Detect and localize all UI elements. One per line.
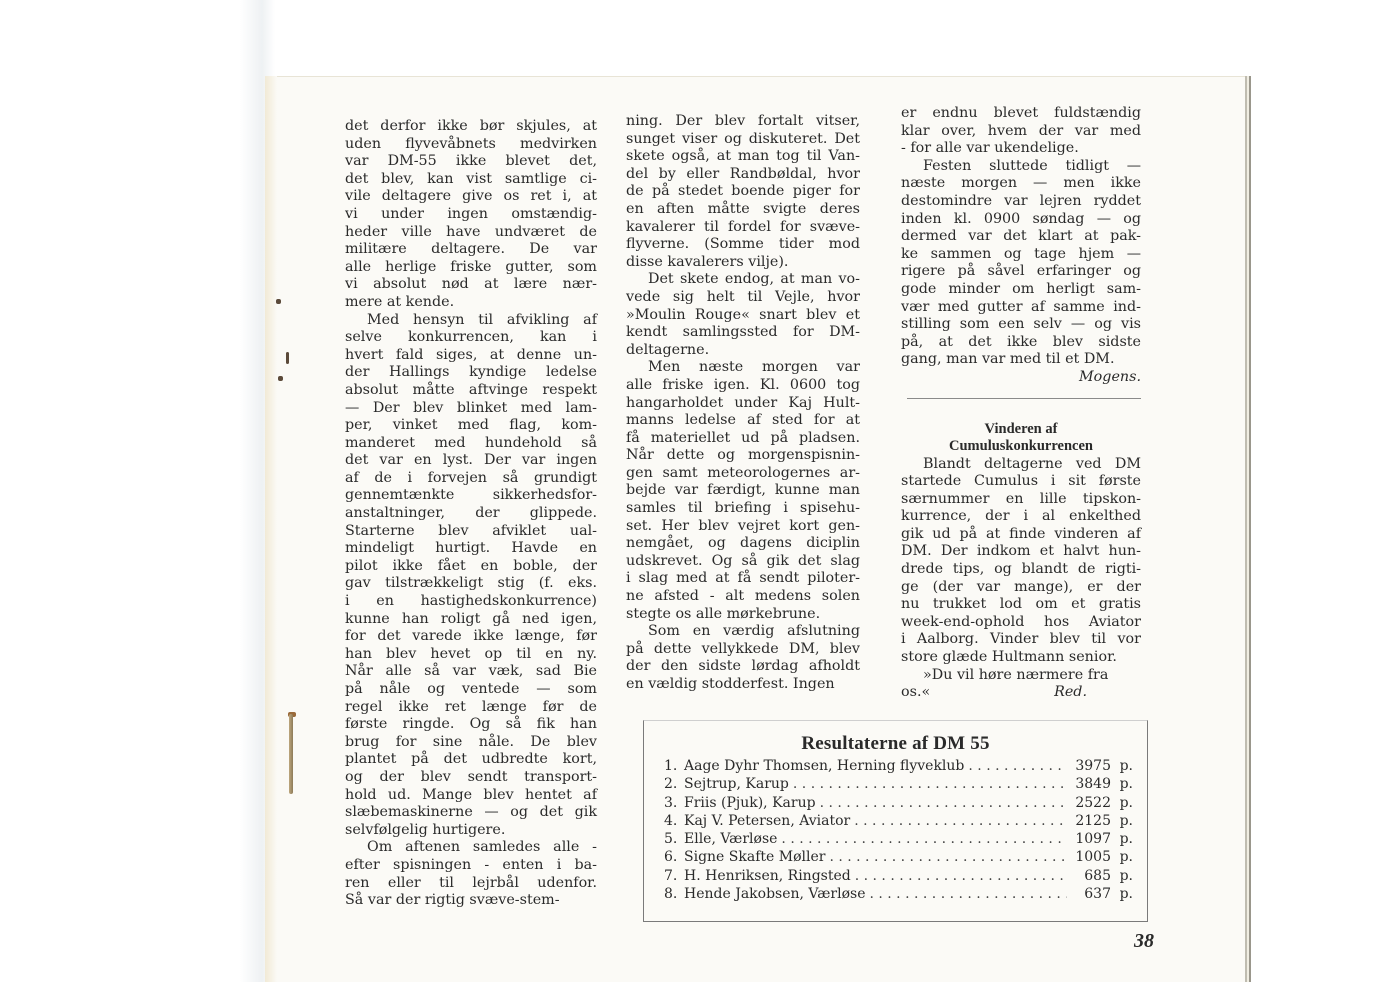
sidebar-heading-line-2: Cumuluskonkurrencen: [901, 438, 1141, 456]
article-column-3: er endnu blevet fuldstændigklar over, hv…: [901, 105, 1141, 702]
text-line: slæbemaskinerne — og det gik: [345, 804, 597, 822]
text-line: selvfølgelig hurtigere.: [345, 822, 597, 840]
result-rank: 1.: [664, 757, 684, 775]
leader-dots: [869, 885, 1067, 903]
text-line: særnummer en lille tipskon-: [901, 491, 1141, 509]
result-row: 5.Elle, Værløse1097p.: [644, 830, 1147, 848]
result-unit: p.: [1111, 757, 1133, 775]
text-line: hvert fald siges, at denne un-: [345, 347, 597, 365]
paragraph: er endnu blevet fuldstændigklar over, hv…: [901, 105, 1141, 158]
staple-hole-top-3: [278, 376, 283, 381]
result-row: 6.Signe Skafte Møller1005p.: [644, 848, 1147, 866]
text-line: mere at kende.: [345, 294, 597, 312]
text-line: heder ville have undværet de: [345, 224, 597, 242]
text-line: store glæde Hultmann senior.: [901, 649, 1141, 667]
author-signature: Mogens.: [901, 369, 1141, 387]
leader-dots: [793, 775, 1067, 793]
editor-signature: Red.: [1054, 684, 1087, 702]
result-rank: 5.: [664, 830, 684, 848]
text-line: regel ikke ret længe før de: [345, 699, 597, 717]
paragraph: Festen sluttede tidligt —næste morgen — …: [901, 158, 1141, 369]
text-line: i Aalborg. Vinder blev til vor: [901, 631, 1141, 649]
paragraph: Om aftenen samledes alle -efter spisning…: [345, 839, 597, 909]
paragraph: Blandt deltagerne ved DMstartede Cumulus…: [901, 456, 1141, 667]
result-name: H. Henriksen, Ringsted: [684, 867, 851, 885]
text-line: set. Her blev vejret kort gen-: [626, 518, 860, 536]
result-row: 2.Sejtrup, Karup3849p.: [644, 775, 1147, 793]
text-line: er endnu blevet fuldstændig: [901, 105, 1141, 123]
text-line: absolut måtte aftvinge respekt: [345, 382, 597, 400]
result-name: Hende Jakobsen, Værløse: [684, 885, 865, 903]
text-line: gen samt meteorologernes ar-: [626, 465, 860, 483]
result-rank: 6.: [664, 848, 684, 866]
result-row: 8.Hende Jakobsen, Værløse637p.: [644, 885, 1147, 903]
text-line: Blandt deltagerne ved DM: [901, 456, 1141, 474]
text-line: deltagerne.: [626, 342, 860, 360]
text-line: Det skete endog, at man vo-: [626, 271, 860, 289]
text-line: nemgået, og dagens diciplin: [626, 535, 860, 553]
text-line: selve konkurrencen, kan i: [345, 329, 597, 347]
leader-dots: [968, 757, 1067, 775]
paragraph: Men næste morgen varalle friske igen. Kl…: [626, 359, 860, 623]
text-line: — Der blev blinket med lam-: [345, 400, 597, 418]
text-line: var DM-55 ikke blevet det,: [345, 153, 597, 171]
paragraph: Med hensyn til afvikling afselve konkurr…: [345, 312, 597, 840]
text-line: det derfor ikke bør skjules, at: [345, 118, 597, 136]
text-line: startede Cumulus i sit første: [901, 473, 1141, 491]
article-column-2: ning. Der blev fortalt vitser,sunget vis…: [626, 113, 860, 694]
result-score: 637: [1071, 885, 1111, 903]
text-line: første ringde. Og så fik han: [345, 716, 597, 734]
text-line: mindeligt hurtigt. Havde en: [345, 540, 597, 558]
result-name: Friis (Pjuk), Karup: [684, 794, 816, 812]
text-line: stilling som een selv — og vis: [901, 316, 1141, 334]
result-row: 4.Kaj V. Petersen, Aviator2125p.: [644, 812, 1147, 830]
text-line: næste morgen — men ikke: [901, 175, 1141, 193]
results-title: Resultaterne af DM 55: [644, 733, 1147, 755]
result-name: Elle, Værløse: [684, 830, 777, 848]
text-line: plantet på det udbredte kort,: [345, 751, 597, 769]
leader-dots: [855, 867, 1067, 885]
text-line: Når dette og morgenspisnin-: [626, 447, 860, 465]
result-rank: 8.: [664, 885, 684, 903]
text-line: kavalerer til fordel for svæve-: [626, 219, 860, 237]
text-line: alle friske igen. Kl. 0600 tog: [626, 377, 860, 395]
text-line: klar over, hvem der var med: [901, 123, 1141, 141]
result-unit: p.: [1111, 794, 1133, 812]
text-line: Festen sluttede tidligt —: [901, 158, 1141, 176]
text-line: drede tips, og blandt de rigti-: [901, 561, 1141, 579]
text-line: ren eller til lejrbål udenfor.: [345, 875, 597, 893]
text-line: Som en værdig afslutning: [626, 623, 860, 641]
text-line: vede sig helt til Vejle, hvor: [626, 289, 860, 307]
results-box: Resultaterne af DM 55 1.Aage Dyhr Thomse…: [643, 720, 1148, 922]
text-line: der Hallings kyndige ledelse: [345, 364, 597, 382]
text-line: på dette vellykkede DM, blev: [626, 641, 860, 659]
result-name: Sejtrup, Karup: [684, 775, 789, 793]
text-line: destomindre var lejren ryddet: [901, 193, 1141, 211]
staple: [289, 714, 293, 794]
result-rank: 7.: [664, 867, 684, 885]
result-unit: p.: [1111, 867, 1133, 885]
text-line: rigere på såvel erfaringer og: [901, 263, 1141, 281]
text-line: samles til briefing i spisehu-: [626, 500, 860, 518]
result-unit: p.: [1111, 830, 1133, 848]
text-line: det blev, kan vist samtlige ci-: [345, 171, 597, 189]
text-line: per, vinket med flag, kom-: [345, 417, 597, 435]
text-line: gav tilstrækkeligt stig (f. eks.: [345, 575, 597, 593]
text-line: vile deltagere give os ret i, at: [345, 188, 597, 206]
text-line: for det varede ikke længe, før: [345, 628, 597, 646]
text-line: vi absolut nød at lære nær-: [345, 276, 597, 294]
text-line: anstaltninger, der glippede.: [345, 505, 597, 523]
text-line: ne afsted - alt medens solen: [626, 588, 860, 606]
text-line: stegte os alle mørkebrune.: [626, 606, 860, 624]
result-score: 685: [1071, 867, 1111, 885]
page-number: 38: [1134, 930, 1154, 953]
text-line: ke sammen og tage hjem —: [901, 246, 1141, 264]
text-line: alle herlige friske gutter, som: [345, 259, 597, 277]
text-line: flyverne. (Somme tider mod: [626, 236, 860, 254]
leader-dots: [781, 830, 1067, 848]
result-score: 1097: [1071, 830, 1111, 848]
sidebar-heading-line-1: Vinderen af: [901, 421, 1141, 439]
text-line: brug for sine nåle. De blev: [345, 734, 597, 752]
text-line: DM. Der indkom et halvt hun-: [901, 543, 1141, 561]
text-line: bejde var færdigt, kunne man: [626, 482, 860, 500]
result-unit: p.: [1111, 775, 1133, 793]
text-line: »Du vil høre nærmere fra: [901, 667, 1141, 685]
paragraph: ning. Der blev fortalt vitser,sunget vis…: [626, 113, 860, 271]
text-line: af de i forvejen så grundigt: [345, 470, 597, 488]
text-line: hold ud. Mange blev hentet af: [345, 787, 597, 805]
text-line: i en hastighedskonkurrence): [345, 593, 597, 611]
text-line: militære deltagere. De var: [345, 241, 597, 259]
text-line: skete også, at man tog til Van-: [626, 148, 860, 166]
result-row: 1.Aage Dyhr Thomsen, Herning flyveklub39…: [644, 757, 1147, 775]
text-line: på nåle og ventede — som: [345, 681, 597, 699]
result-unit: p.: [1111, 885, 1133, 903]
leader-dots: [854, 812, 1067, 830]
text-line: del by eller Randbøldal, hvor: [626, 166, 860, 184]
text-line: disse kavalerers vilje).: [626, 254, 860, 272]
text-line: uden flyvevåbnets medvirken: [345, 136, 597, 154]
result-score: 2522: [1071, 794, 1111, 812]
text-line: gik ud på at finde vinderen af: [901, 526, 1141, 544]
staple-hole-top-1: [276, 299, 281, 304]
cumulus-sidebar-text: Blandt deltagerne ved DMstartede Cumulus…: [901, 456, 1141, 685]
result-unit: p.: [1111, 812, 1133, 830]
text-line: - for alle var ukendelige.: [901, 140, 1141, 158]
text-line: i slag med at få sendt piloter-: [626, 570, 860, 588]
text-line: en aften måtte svigte deres: [626, 201, 860, 219]
text-line: pilot ikke fået en boble, der: [345, 558, 597, 576]
leader-dots: [820, 794, 1067, 812]
text-line: Starterne blev afviklet ual-: [345, 523, 597, 541]
text-line: ge (der var mange), er der: [901, 579, 1141, 597]
result-unit: p.: [1111, 848, 1133, 866]
text-line: kunne han roligt gå ned igen,: [345, 611, 597, 629]
text-line: manderet med hundehold så: [345, 435, 597, 453]
paragraph: »Du vil høre nærmere fra: [901, 667, 1141, 685]
text-line: hangarholdet under Kaj Hult-: [626, 395, 860, 413]
text-line: sunget viser og diskuteret. Det: [626, 131, 860, 149]
text-line: Men næste morgen var: [626, 359, 860, 377]
text-line: gang, man var med til et DM.: [901, 351, 1141, 369]
result-score: 3849: [1071, 775, 1111, 793]
text-line: kurrence, der i al enkelthed: [901, 508, 1141, 526]
results-list: 1.Aage Dyhr Thomsen, Herning flyveklub39…: [644, 757, 1147, 903]
article-ending: er endnu blevet fuldstændigklar over, hv…: [901, 105, 1141, 369]
result-score: 1005: [1071, 848, 1111, 866]
leader-dots: [829, 848, 1067, 866]
text-line: og der blev sendt transport-: [345, 769, 597, 787]
result-score: 2125: [1071, 812, 1111, 830]
result-name: Kaj V. Petersen, Aviator: [684, 812, 850, 830]
text-line: gode minder om herligt sam-: [901, 281, 1141, 299]
text-line: på, at det ikke blev sidste: [901, 334, 1141, 352]
sidebar-closing: os.«: [901, 684, 930, 702]
text-line: vær med gutter af samme ind-: [901, 299, 1141, 317]
text-line: dermed var det klart at pak-: [901, 228, 1141, 246]
result-name: Signe Skafte Møller: [684, 848, 825, 866]
text-line: Når alle så var væk, sad Bie: [345, 663, 597, 681]
text-line: nu trukket lod om et gratis: [901, 596, 1141, 614]
result-rank: 4.: [664, 812, 684, 830]
result-score: 3975: [1071, 757, 1111, 775]
text-line: Med hensyn til afvikling af: [345, 312, 597, 330]
text-line: inden kl. 0900 søndag — og: [901, 211, 1141, 229]
text-line: vi under ingen omstændig-: [345, 206, 597, 224]
result-row: 7.H. Henriksen, Ringsted685p.: [644, 867, 1147, 885]
staple-hole-top-2: [286, 352, 289, 364]
result-row: 3.Friis (Pjuk), Karup2522p.: [644, 794, 1147, 812]
text-line: det var en lyst. Der var ingen: [345, 452, 597, 470]
result-rank: 2.: [664, 775, 684, 793]
text-line: han blev hevet op til en ny.: [345, 646, 597, 664]
text-line: ning. Der blev fortalt vitser,: [626, 113, 860, 131]
text-line: manns ledelse af sted for at: [626, 412, 860, 430]
text-line: Om aftenen samledes alle -: [345, 839, 597, 857]
result-rank: 3.: [664, 794, 684, 812]
result-name: Aage Dyhr Thomsen, Herning flyveklub: [684, 757, 964, 775]
page-binding-edge: [265, 76, 277, 982]
paragraph: Som en værdig afslutningpå dette vellykk…: [626, 623, 860, 693]
text-line: der den sidste lørdag afholdt: [626, 658, 860, 676]
text-line: »Moulin Rouge« snart blev et: [626, 307, 860, 325]
text-line: kendt samlingssted for DM-: [626, 324, 860, 342]
text-line: få materiellet ud på pladsen.: [626, 430, 860, 448]
text-line: udskrevet. Og så gik det slag: [626, 553, 860, 571]
text-line: Så var der rigtig svæve-stem-: [345, 892, 597, 910]
section-divider: [907, 398, 1141, 399]
text-line: gennemtænkte sikkerhedsfor-: [345, 487, 597, 505]
paragraph: det derfor ikke bør skjules, atuden flyv…: [345, 118, 597, 312]
text-line: efter spisningen - enten i ba-: [345, 857, 597, 875]
article-column-1: det derfor ikke bør skjules, atuden flyv…: [345, 118, 597, 910]
text-line: week-end-ophold hos Aviator: [901, 614, 1141, 632]
text-line: en vældig stodderfest. Ingen: [626, 676, 860, 694]
text-line: de på stedet boende piger for: [626, 183, 860, 201]
paragraph: Det skete endog, at man vo-vede sig helt…: [626, 271, 860, 359]
